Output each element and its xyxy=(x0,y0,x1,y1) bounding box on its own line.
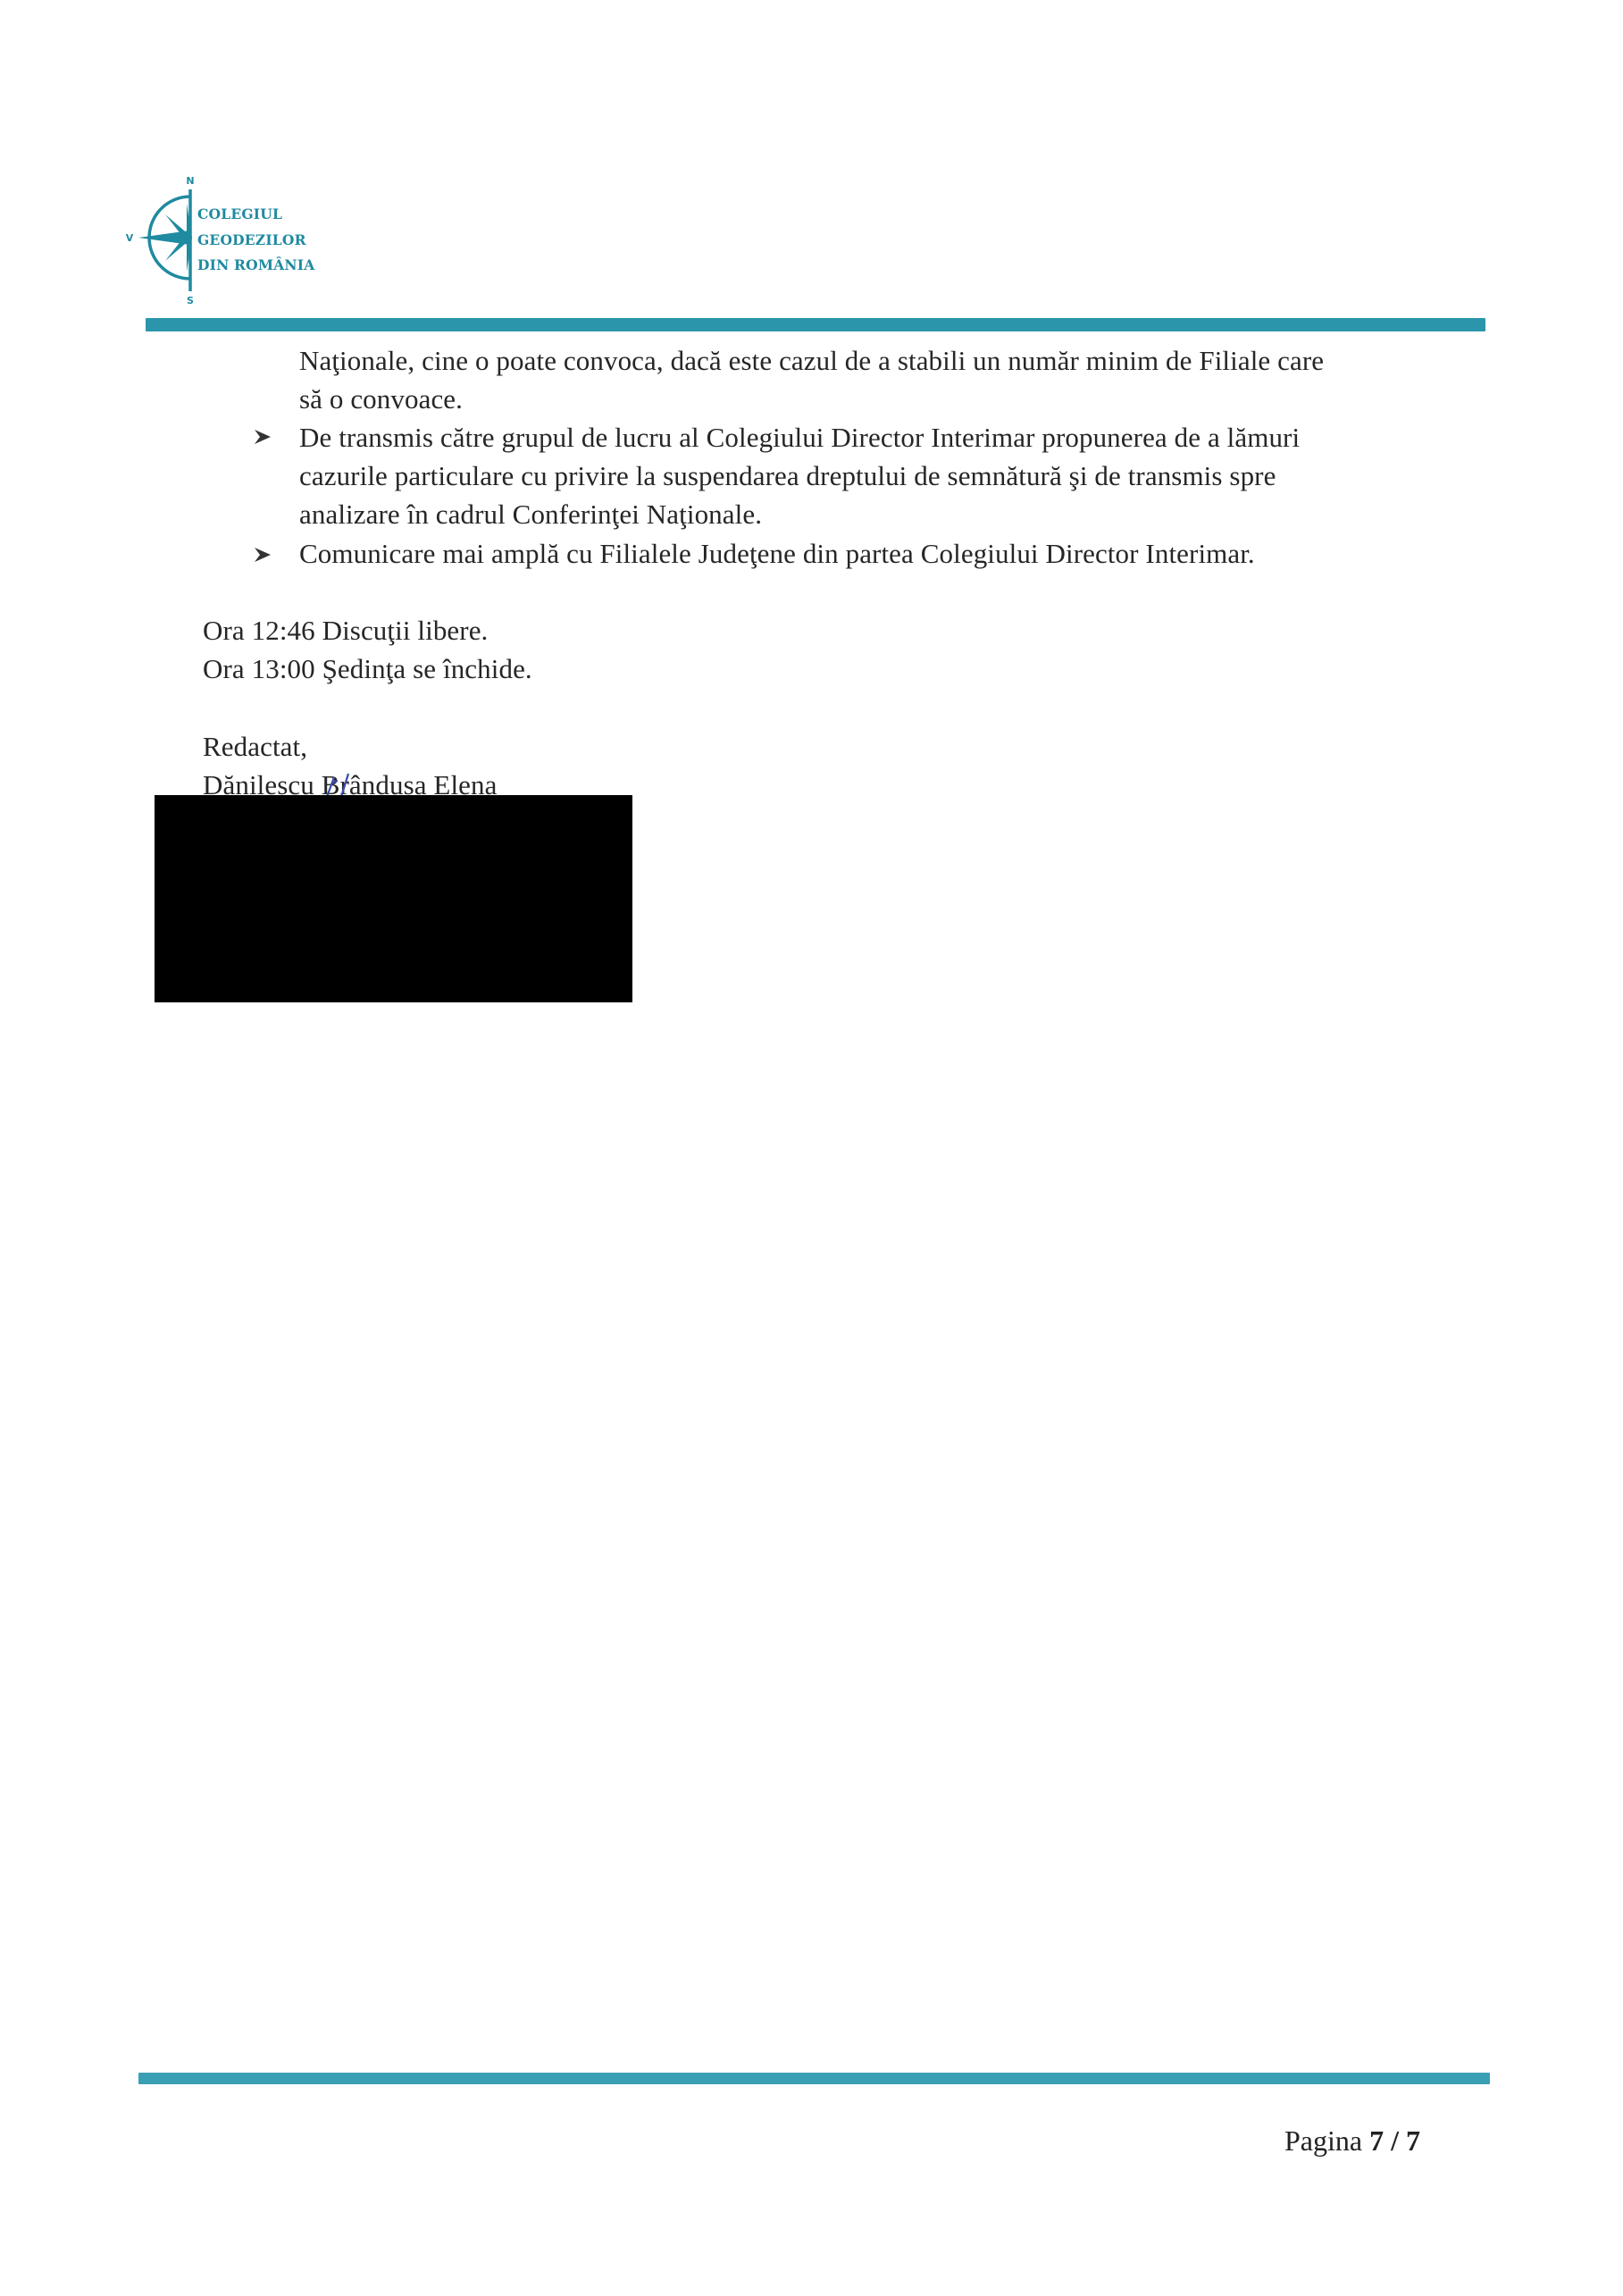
compass-west-label: V xyxy=(126,232,134,244)
continuation-line-2: să o convoace. xyxy=(299,380,463,418)
logo-line-1: COLEGIUL xyxy=(197,202,314,228)
total-pages: 7 xyxy=(1406,2124,1420,2157)
page-separator: / xyxy=(1391,2124,1399,2157)
logo-line-3: DIN ROMÂNIA xyxy=(197,253,314,279)
logo-wordmark: COLEGIUL GEODEZILOR DIN ROMÂNIA xyxy=(197,202,314,279)
compass-south-label: S xyxy=(187,295,194,306)
schedule-item-1: Ora 12:46 Discuţii libere. xyxy=(203,611,488,649)
header-divider xyxy=(146,318,1485,331)
bullet-1-line-2: cazurile particulare cu privire la suspe… xyxy=(299,457,1276,495)
signature-label: Redactat, xyxy=(203,727,307,766)
organization-logo: N V S COLEGIUL GEODEZILOR DIN ROMÂNIA xyxy=(121,168,353,311)
arrowhead-bullet-icon xyxy=(253,420,272,458)
compass-rose-icon: N V S xyxy=(121,168,210,311)
page-label: Pagina xyxy=(1284,2124,1362,2157)
bullet-2-line-1: Comunicare mai amplă cu Filialele Judeţe… xyxy=(299,534,1255,573)
schedule-item-2: Ora 13:00 Şedinţa se închide. xyxy=(203,649,532,688)
page-number: Pagina 7 / 7 xyxy=(1284,2124,1420,2158)
current-page: 7 xyxy=(1369,2124,1384,2157)
footer-divider xyxy=(138,2073,1490,2084)
logo-line-2: GEODEZILOR xyxy=(197,228,314,254)
continuation-line-1: Naţionale, cine o poate convoca, dacă es… xyxy=(299,341,1324,380)
compass-north-label: N xyxy=(186,175,194,187)
bullet-1-line-3: analizare în cadrul Conferinţei Naţional… xyxy=(299,495,762,533)
arrowhead-bullet-icon xyxy=(253,538,272,576)
redaction-box xyxy=(155,795,632,1002)
bullet-1-line-1: De transmis către grupul de lucru al Col… xyxy=(299,418,1300,457)
